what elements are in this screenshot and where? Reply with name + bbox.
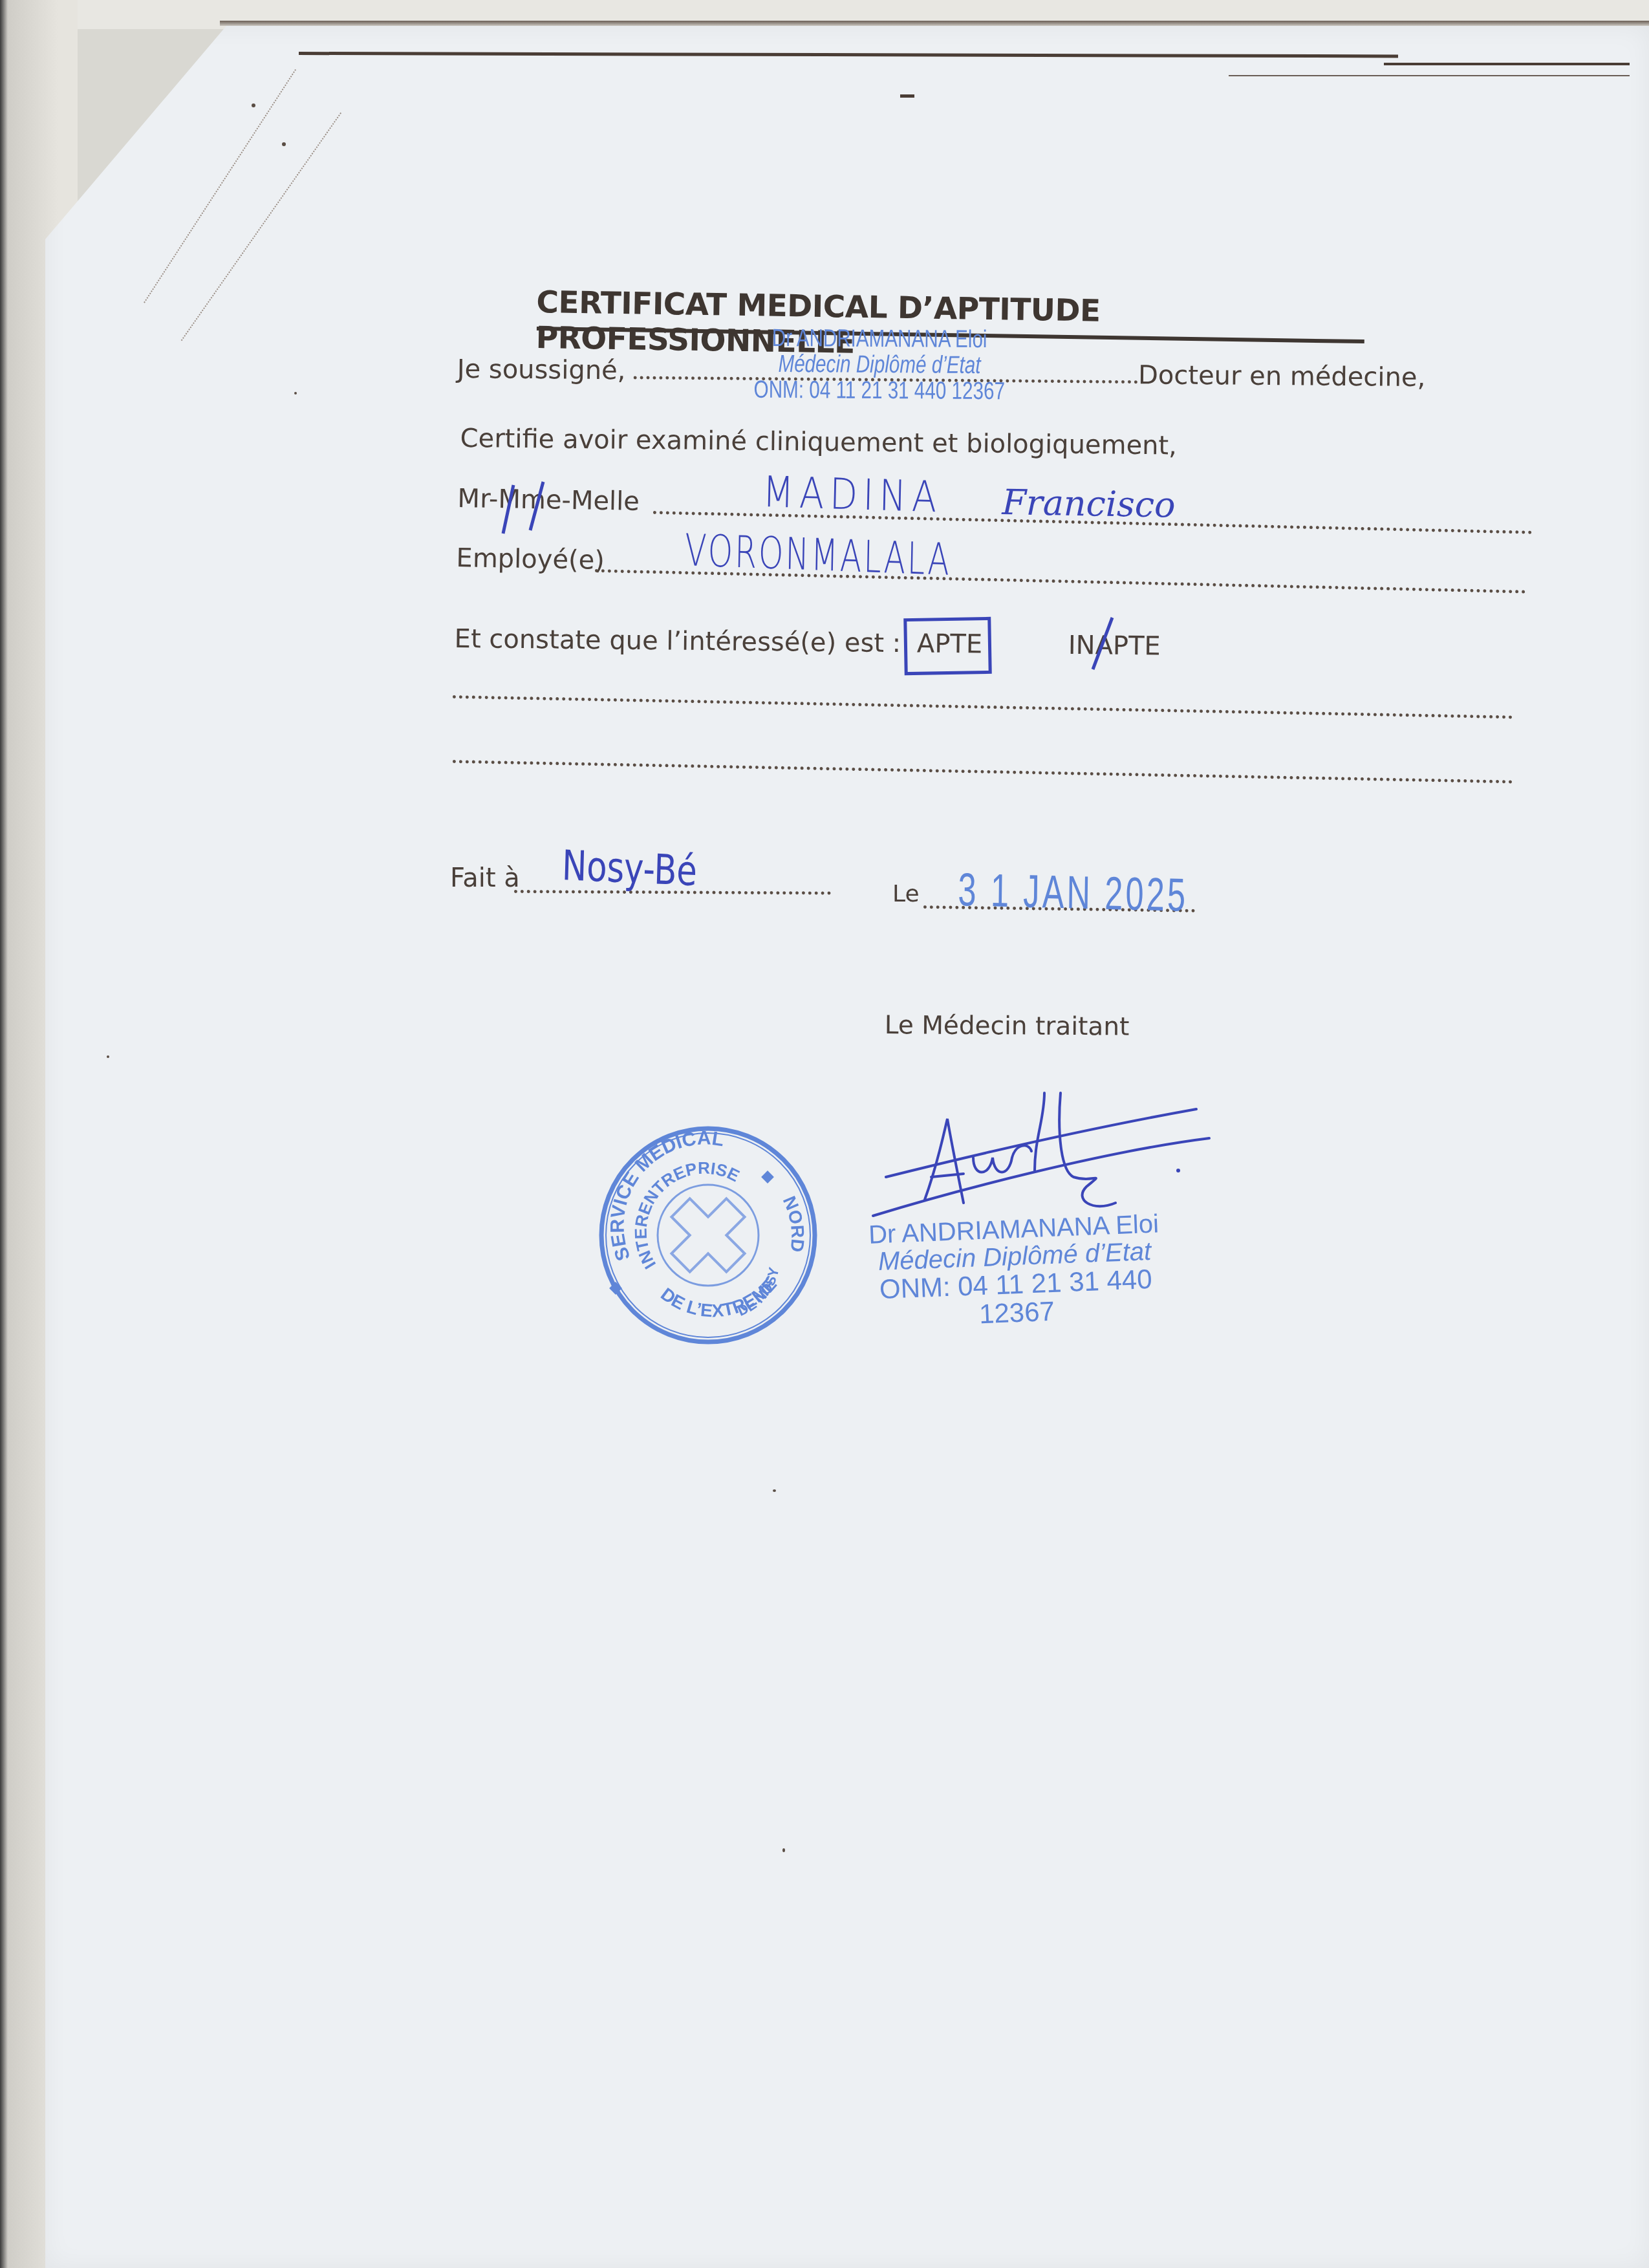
medical-certificate: CERTIFICAT MEDICAL D’APTITUDE PROFESSION…: [0, 0, 1649, 2268]
patient-name-first: MADINA: [762, 467, 942, 523]
doctor-stamp-qualification: Médecin Diplômé d’Etat: [748, 352, 1011, 380]
le-label: Le: [892, 881, 920, 907]
remarks-blank-2: [453, 760, 1513, 783]
employer-name: VORONMALALA: [685, 525, 952, 586]
employe-label: Employé(e): [456, 543, 605, 576]
inapte-strike-mark: [1086, 614, 1125, 673]
fait-a-line: Fait à: [450, 863, 520, 893]
employe-line: Employé(e): [456, 543, 605, 576]
date-stamp: 3 1 JAN 2025: [958, 863, 1189, 922]
soussigne-label: Je soussigné,: [457, 354, 626, 385]
doctor-stamp-top: Dr ANDRIAMANANA Eloi Médecin Diplômé d’E…: [748, 326, 1011, 405]
civilite-strike-marks: [466, 479, 556, 537]
constate-label: Et constate que l’intéressé(e) est :: [455, 624, 901, 658]
service-medical-round-stamp: SERVICE MEDICAL INTERENTREPRISE NORD DE …: [595, 1122, 821, 1348]
medecin-label: Le Médecin traitant: [885, 1011, 1130, 1042]
cross-icon: [653, 1180, 763, 1290]
remarks-blank-1: [453, 695, 1513, 718]
place-value: Nosy-Bé: [561, 842, 698, 896]
apte-selected-box: [903, 617, 992, 675]
svg-text:SERVICE MEDICAL: SERVICE MEDICAL: [607, 1128, 726, 1264]
fait-a-label: Fait à: [450, 863, 520, 893]
doctor-stamp-name: Dr ANDRIAMANANA Eloi: [748, 326, 1011, 354]
svg-text:NORD: NORD: [779, 1193, 808, 1253]
patient-name-second: Francisco: [1002, 482, 1176, 526]
doctor-stamp-onm: ONM: 04 11 21 31 440 12367: [748, 377, 1011, 405]
constate-line: Et constate que l’intéressé(e) est : APT…: [455, 624, 1161, 661]
certifie-line: Certifie avoir examiné cliniquement et b…: [460, 424, 1178, 461]
doctor-stamp-bottom: Dr ANDRIAMANANA Eloi Médecin Diplômé d’E…: [858, 1210, 1172, 1333]
le-line: Le: [892, 881, 920, 907]
doctor-stamp-onm: ONM: 04 11 21 31 440 12367: [860, 1264, 1172, 1334]
soussigne-suffix: Docteur en médecine,: [1138, 360, 1425, 393]
svg-text:INTERENTREPRISE: INTERENTREPRISE: [631, 1158, 743, 1273]
